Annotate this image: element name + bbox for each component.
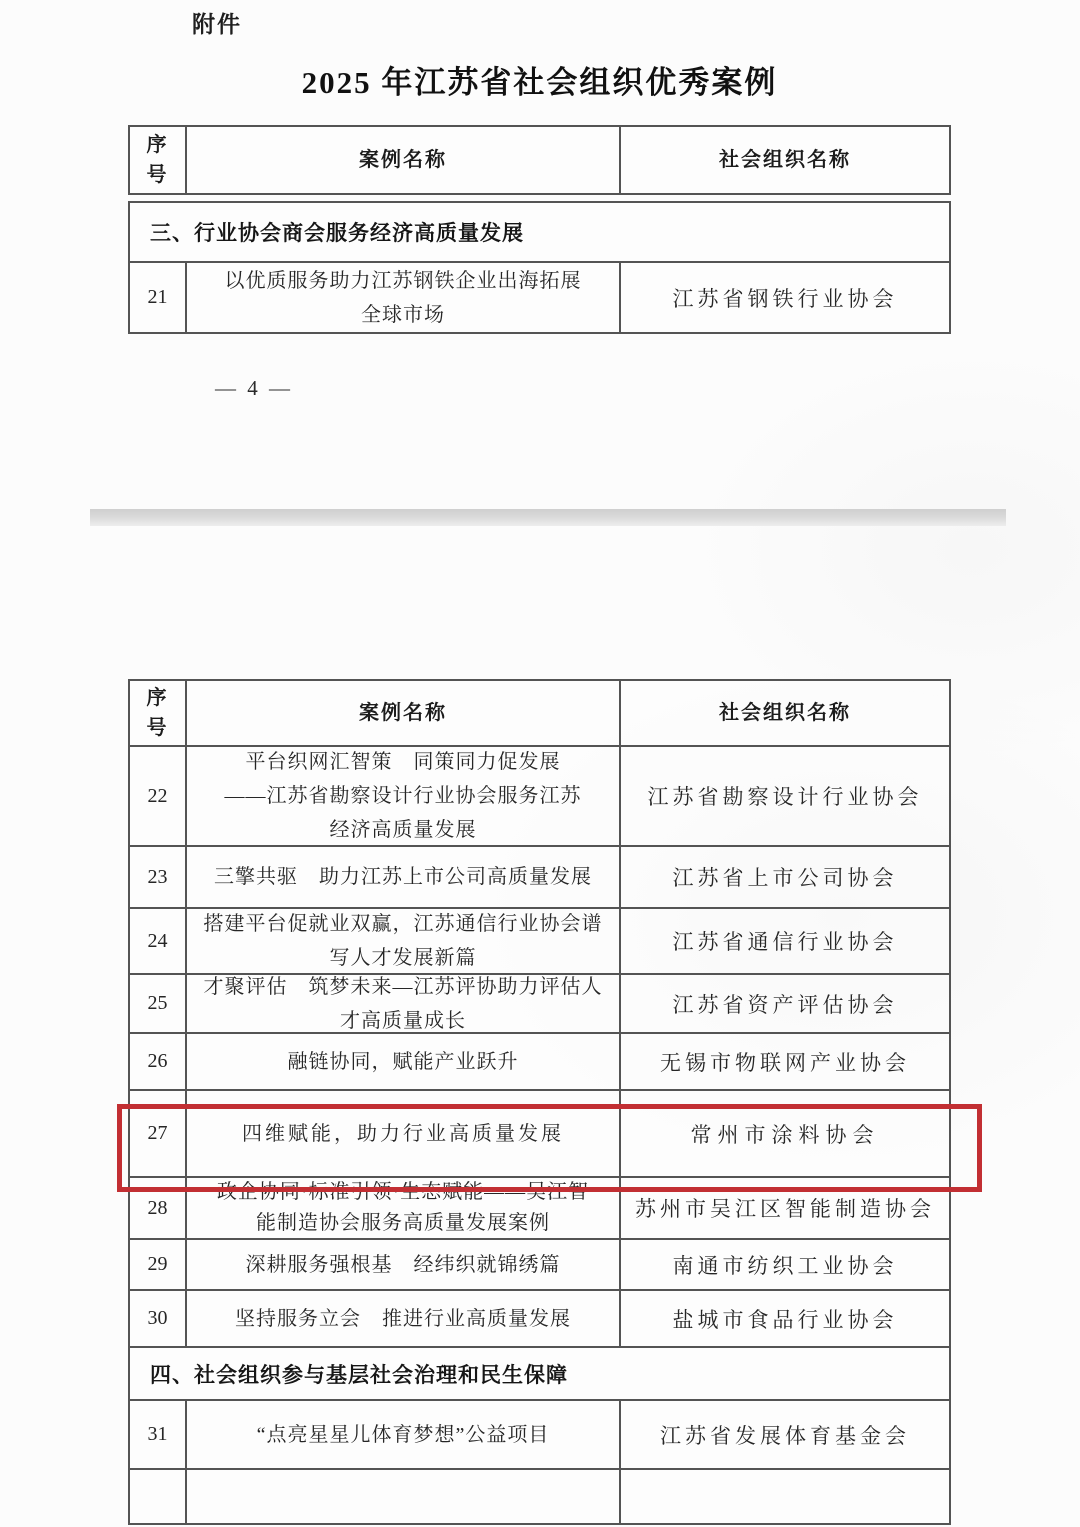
page-break-bar: [90, 509, 1006, 526]
org-name: 江苏省发展体育基金会: [619, 1401, 949, 1468]
org-name: 南通市纺织工业协会: [619, 1240, 949, 1289]
table-row: 31 “点亮星星儿体育梦想”公益项目 江苏省发展体育基金会: [130, 1399, 949, 1468]
table-row: 22 平台织网汇智策 同策同力促发展 ——江苏省勘察设计行业协会服务江苏 经济高…: [130, 745, 949, 845]
case-name: [185, 1470, 619, 1523]
page-number: — 4 —: [206, 376, 302, 401]
row-serial: 31: [130, 1401, 185, 1468]
section-title: 四、社会组织参与基层社会治理和民生保障: [130, 1359, 949, 1389]
header-col-org-name: 社会组织名称: [619, 127, 949, 193]
org-name: 江苏省钢铁行业协会: [619, 263, 949, 332]
case-name: “点亮星星儿体育梦想”公益项目: [185, 1401, 619, 1468]
header-col-org-name: 社会组织名称: [619, 681, 949, 745]
org-name: 盐城市食品行业协会: [619, 1291, 949, 1346]
table-row: 26 融链协同，赋能产业跃升 无锡市物联网产业协会: [130, 1032, 949, 1089]
org-name: 江苏省资产评估协会: [619, 975, 949, 1032]
header-col-serial: 序 号: [130, 127, 185, 193]
row-serial: 21: [130, 263, 185, 332]
row-serial: 24: [130, 909, 185, 973]
table-row: 23 三擎共驱 助力江苏上市公司高质量发展 江苏省上市公司协会: [130, 845, 949, 907]
case-name: 坚持服务立会 推进行业高质量发展: [185, 1291, 619, 1346]
table-header-row: 序 号 案例名称 社会组织名称: [130, 681, 949, 745]
case-name: 以优质服务助力江苏钢铁企业出海拓展 全球市场: [185, 263, 619, 332]
org-name: 江苏省通信行业协会: [619, 909, 949, 973]
cases-table-page4-body: 三、行业协会商会服务经济高质量发展 21 以优质服务助力江苏钢铁企业出海拓展 全…: [128, 201, 951, 334]
row-serial: 25: [130, 975, 185, 1032]
section-row-3: 三、行业协会商会服务经济高质量发展: [130, 203, 949, 261]
row-serial: [130, 1470, 185, 1523]
table-row: 21 以优质服务助力江苏钢铁企业出海拓展 全球市场 江苏省钢铁行业协会: [130, 261, 949, 332]
cases-table-page4-header: 序 号 案例名称 社会组织名称: [128, 125, 951, 195]
table-row-partial: [130, 1468, 949, 1523]
row-serial: 23: [130, 847, 185, 907]
header-col-serial: 序 号: [130, 681, 185, 745]
case-name: 融链协同，赋能产业跃升: [185, 1034, 619, 1089]
table-row: 25 才聚评估 筑梦未来—江苏评协助力评估人 才高质量成长 江苏省资产评估协会: [130, 973, 949, 1032]
table-row: 29 深耕服务强根基 经纬织就锦绣篇 南通市纺织工业协会: [130, 1238, 949, 1289]
row-serial: 30: [130, 1291, 185, 1346]
header-col-case-name: 案例名称: [185, 127, 619, 193]
table-row: 24 搭建平台促就业双赢，江苏通信行业协会谱 写人才发展新篇 江苏省通信行业协会: [130, 907, 949, 973]
case-name: 深耕服务强根基 经纬织就锦绣篇: [185, 1240, 619, 1289]
highlight-red-box: [117, 1104, 982, 1192]
row-serial: 26: [130, 1034, 185, 1089]
section-title: 三、行业协会商会服务经济高质量发展: [130, 217, 949, 247]
table-header-row: 序 号 案例名称 社会组织名称: [130, 127, 949, 193]
org-name: 江苏省勘察设计行业协会: [619, 747, 949, 845]
row-serial: 22: [130, 747, 185, 845]
document-title: 2025 年江苏省社会组织优秀案例: [128, 57, 951, 102]
header-col-case-name: 案例名称: [185, 681, 619, 745]
case-name: 平台织网汇智策 同策同力促发展 ——江苏省勘察设计行业协会服务江苏 经济高质量发…: [185, 747, 619, 845]
row-serial: 29: [130, 1240, 185, 1289]
case-name: 三擎共驱 助力江苏上市公司高质量发展: [185, 847, 619, 907]
section-row-4: 四、社会组织参与基层社会治理和民生保障: [130, 1346, 949, 1399]
table-row: 30 坚持服务立会 推进行业高质量发展 盐城市食品行业协会: [130, 1289, 949, 1346]
cases-table-page5: 序 号 案例名称 社会组织名称 22 平台织网汇智策 同策同力促发展 ——江苏省…: [128, 679, 951, 1525]
attachment-label: 附件: [192, 6, 242, 39]
case-name: 才聚评估 筑梦未来—江苏评协助力评估人 才高质量成长: [185, 975, 619, 1032]
org-name: 江苏省上市公司协会: [619, 847, 949, 907]
org-name: 无锡市物联网产业协会: [619, 1034, 949, 1089]
org-name: [619, 1470, 949, 1523]
case-name: 搭建平台促就业双赢，江苏通信行业协会谱 写人才发展新篇: [185, 909, 619, 973]
